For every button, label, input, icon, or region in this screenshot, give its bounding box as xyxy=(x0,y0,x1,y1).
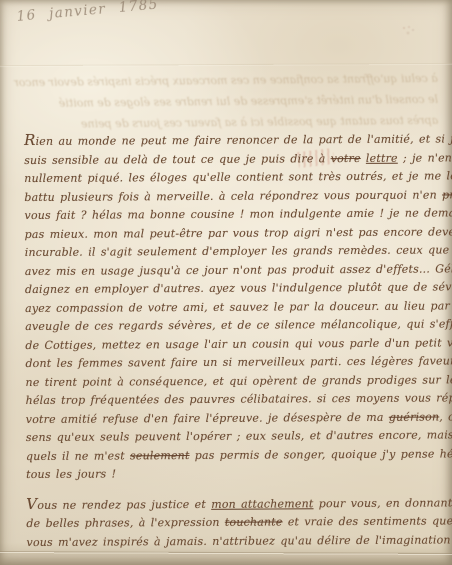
letter-line: vous m'avez inspirés à jamais. n'attribu… xyxy=(26,531,446,552)
letter-text-segment: ; je n'en suis — xyxy=(398,151,452,165)
letter-line: hélas trop fréquentées des pauvres célib… xyxy=(26,389,446,410)
letter-text-segment: hélas trop fréquentées des pauvres célib… xyxy=(26,391,452,407)
date-inscription: 16 janvier 1785 xyxy=(16,0,207,25)
letter-text-segment: mon attachement xyxy=(211,497,313,511)
letter-text-segment: ne tirent point à conséquence, et qui op… xyxy=(25,373,452,389)
letter-text-segment: suis sensible au delà de tout ce que je … xyxy=(24,152,331,167)
letter-text-segment: dont les femmes savent faire un si merve… xyxy=(25,354,452,370)
letter-text-segment: lettre xyxy=(366,151,398,164)
letter-text-segment: daignez en employer d'autres. ayez vous … xyxy=(25,280,452,296)
paper-crease-upper xyxy=(0,63,452,67)
letter-text-segment: vous fait ? hélas ma bonne cousine ! mon… xyxy=(24,206,452,222)
letter-paragraph: Rien au monde ne peut me faire renoncer … xyxy=(24,128,446,484)
letter-text-segment: votre amitié refuse d'en faire l'épreuve… xyxy=(26,410,389,425)
letter-line: Vous ne rendez pas justice et mon attach… xyxy=(26,492,446,515)
letter-line: Rien au monde ne peut me faire renoncer … xyxy=(24,128,444,151)
letter-text-segment: nullement piqué. les éloges qu'elle cont… xyxy=(24,169,452,185)
letter-line: sens qu'eux seuls peuvent l'opérer ; eux… xyxy=(26,426,446,447)
letter-text-segment: tous les jours ! xyxy=(26,467,116,481)
letter-text-segment: avez mis en usage jusqu'à ce jour n'ont … xyxy=(25,262,452,278)
letter-text-segment: incurable. il s'agit seulement d'employe… xyxy=(25,243,452,259)
letter-text-segment: de belles phrases, à l'expression xyxy=(26,516,225,530)
letter-text-segment: et vraie des sentiments que — xyxy=(283,514,452,528)
letter-line: dont les femmes savent faire un si merve… xyxy=(25,352,445,373)
letter-text-segment: quels il ne m'est xyxy=(26,449,130,463)
letter-text-segment: guérison xyxy=(389,410,439,423)
letter-text-segment: Vous ne rendez pas justice et xyxy=(26,497,211,511)
letter-text-segment: votre xyxy=(331,151,361,164)
letter-text-segment: pour vous, en donnant le nom xyxy=(313,496,452,510)
letter-text-segment: vous m'avez inspirés à jamais. n'attribu… xyxy=(26,533,450,549)
letter-text-segment: seulement xyxy=(130,448,190,461)
letter-text-segment: pas mieux. mon mal peut-être par vous tr… xyxy=(25,225,452,241)
letter-text-segment: Rien au monde ne peut me faire renoncer … xyxy=(24,132,452,148)
letter-line: aveugle de ces regards sévères, et de ce… xyxy=(25,315,445,336)
letter-body: Rien au monde ne peut me faire renoncer … xyxy=(24,128,447,562)
faint-folio-mark xyxy=(400,22,418,38)
letter-text-segment: touchante xyxy=(225,515,283,528)
letter-line: tous les jours ! xyxy=(26,463,446,484)
letter-text-segment: aveugle de ces regards sévères, et de ce… xyxy=(25,317,452,333)
letter-line: incurable. il s'agit seulement d'employe… xyxy=(25,241,445,262)
letter-text-segment: de Cottiges, mettez en usage l'air un co… xyxy=(25,336,452,352)
letter-text-segment: ayez compassion de votre ami, et sauvez … xyxy=(25,299,450,315)
letter-line: quels il ne m'est seulement pas permis d… xyxy=(26,445,446,466)
letter-text-segment: battu plusieurs fois à merveille. à cela… xyxy=(24,188,442,204)
letter-text-segment: sens qu'eux seuls peuvent l'opérer ; eux… xyxy=(26,428,452,444)
letter-line: vous fait ? hélas ma bonne cousine ! mon… xyxy=(24,204,444,225)
letter-text-segment: pas permis de songer, quoique j'y pense … xyxy=(190,447,452,462)
letter-paper: 16 janvier 1785 à celui qu'offrant sa co… xyxy=(0,0,452,565)
letter-line: de belles phrases, à l'expression toucha… xyxy=(26,512,446,533)
letter-line: daignez en employer d'autres. ayez vous … xyxy=(25,278,445,299)
letter-paragraph: Vous ne rendez pas justice et mon attach… xyxy=(26,492,446,552)
letter-line: nullement piqué. les éloges qu'elle cont… xyxy=(24,167,444,188)
letter-text-segment: profiter xyxy=(442,188,452,201)
letter-text-segment: , car je xyxy=(439,410,452,423)
bleedthrough-text: à celui qu'offrant sa confiance en ces m… xyxy=(14,68,439,135)
